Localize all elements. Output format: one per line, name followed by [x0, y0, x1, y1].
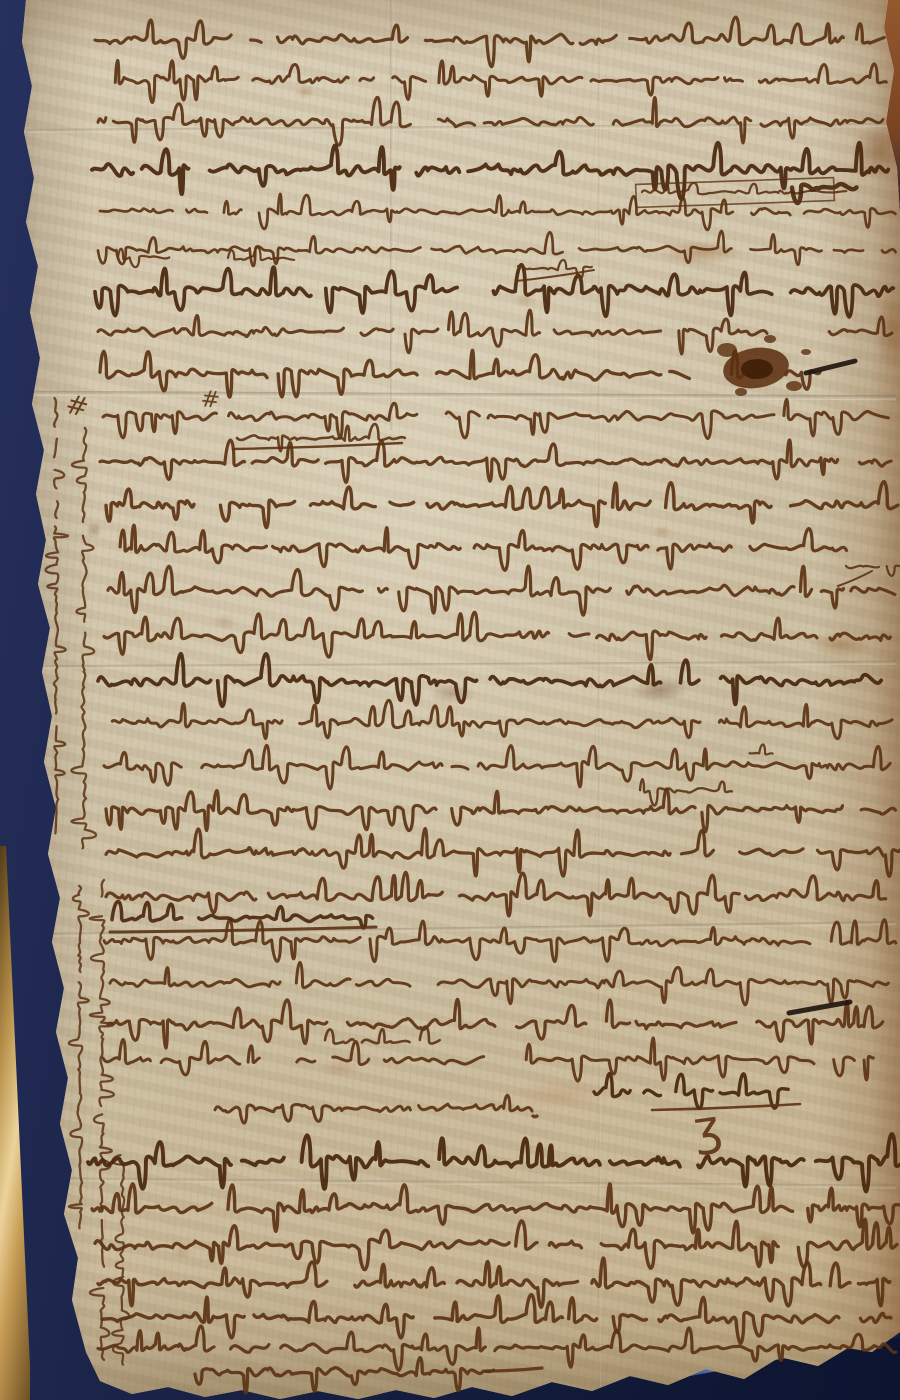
svg-text:#: #: [62, 389, 91, 425]
handwriting-layer: ##ʒ: [0, 0, 900, 1400]
manuscript-photo: Tamil cursive handwriting (largely illeg…: [0, 0, 900, 1400]
svg-text:#: #: [199, 386, 221, 414]
